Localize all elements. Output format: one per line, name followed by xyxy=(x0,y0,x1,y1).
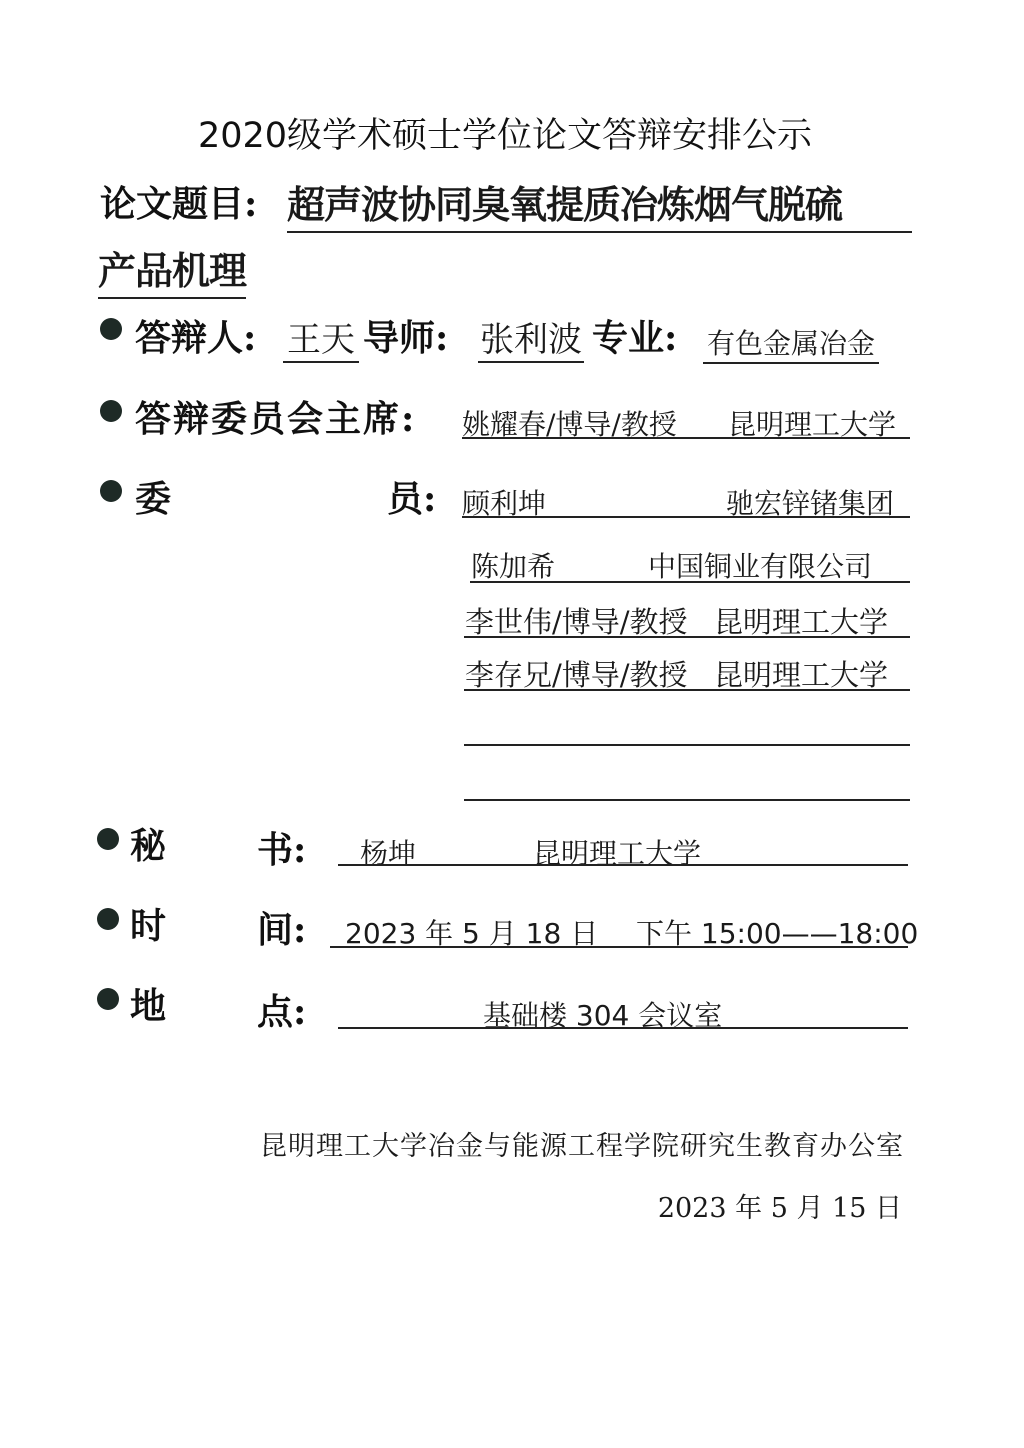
underline xyxy=(330,946,908,948)
candidate-label: 答辩人: xyxy=(135,310,256,361)
bullet-icon xyxy=(97,828,119,850)
location-label-1: 地 xyxy=(130,978,166,1029)
candidate-name: 王天 xyxy=(283,312,359,363)
member-affiliation: 昆明理工大学 xyxy=(714,653,888,694)
time-label-1: 时 xyxy=(130,898,166,949)
issuer: 昆明理工大学冶金与能源工程学院研究生教育办公室 xyxy=(260,1124,904,1163)
underline xyxy=(462,516,910,518)
member-name: 李存兄/博导/教授 xyxy=(465,653,688,694)
member-name: 李世伟/博导/教授 xyxy=(465,600,688,641)
member-affiliation: 中国铜业有限公司 xyxy=(648,545,872,585)
underline xyxy=(470,581,910,583)
underline xyxy=(462,437,910,439)
thesis-title-line1: 超声波协同臭氧提质冶炼烟气脱硫 xyxy=(287,174,912,233)
bullet-icon xyxy=(100,318,122,340)
page-title: 2020级学术硕士学位论文答辩安排公示 xyxy=(0,108,1010,158)
secretary-label-1: 秘 xyxy=(130,818,166,869)
underline xyxy=(338,864,908,866)
underline xyxy=(338,1027,908,1029)
member-name: 陈加希 xyxy=(471,545,555,585)
thesis-label: 论文题目: xyxy=(100,176,257,227)
thesis-title-line2: 产品机理 xyxy=(98,240,246,299)
advisor-name: 张利波 xyxy=(478,312,584,363)
bullet-icon xyxy=(100,400,122,422)
chair-label: 答辩委员会主席: xyxy=(135,391,416,442)
location-label-2: 点: xyxy=(257,984,306,1035)
bullet-icon xyxy=(97,908,119,930)
underline xyxy=(464,636,910,638)
secretary-label-2: 书: xyxy=(257,822,306,873)
bullet-icon xyxy=(97,988,119,1010)
blank-member-line xyxy=(464,744,910,746)
member-affiliation: 昆明理工大学 xyxy=(714,600,888,641)
members-label-1: 委 xyxy=(135,471,171,522)
blank-member-line xyxy=(464,799,910,801)
secretary-name: 杨坤 xyxy=(360,832,416,872)
secretary-affiliation: 昆明理工大学 xyxy=(533,832,701,872)
major-value: 有色金属冶金 xyxy=(703,322,879,364)
issue-date: 2023 年 5 月 15 日 xyxy=(658,1186,902,1225)
bullet-icon xyxy=(100,480,122,502)
members-label-2: 员: xyxy=(387,471,436,522)
underline xyxy=(464,689,910,691)
advisor-label: 导师: xyxy=(363,310,448,361)
time-label-2: 间: xyxy=(257,902,306,953)
major-label: 专业: xyxy=(592,310,677,361)
